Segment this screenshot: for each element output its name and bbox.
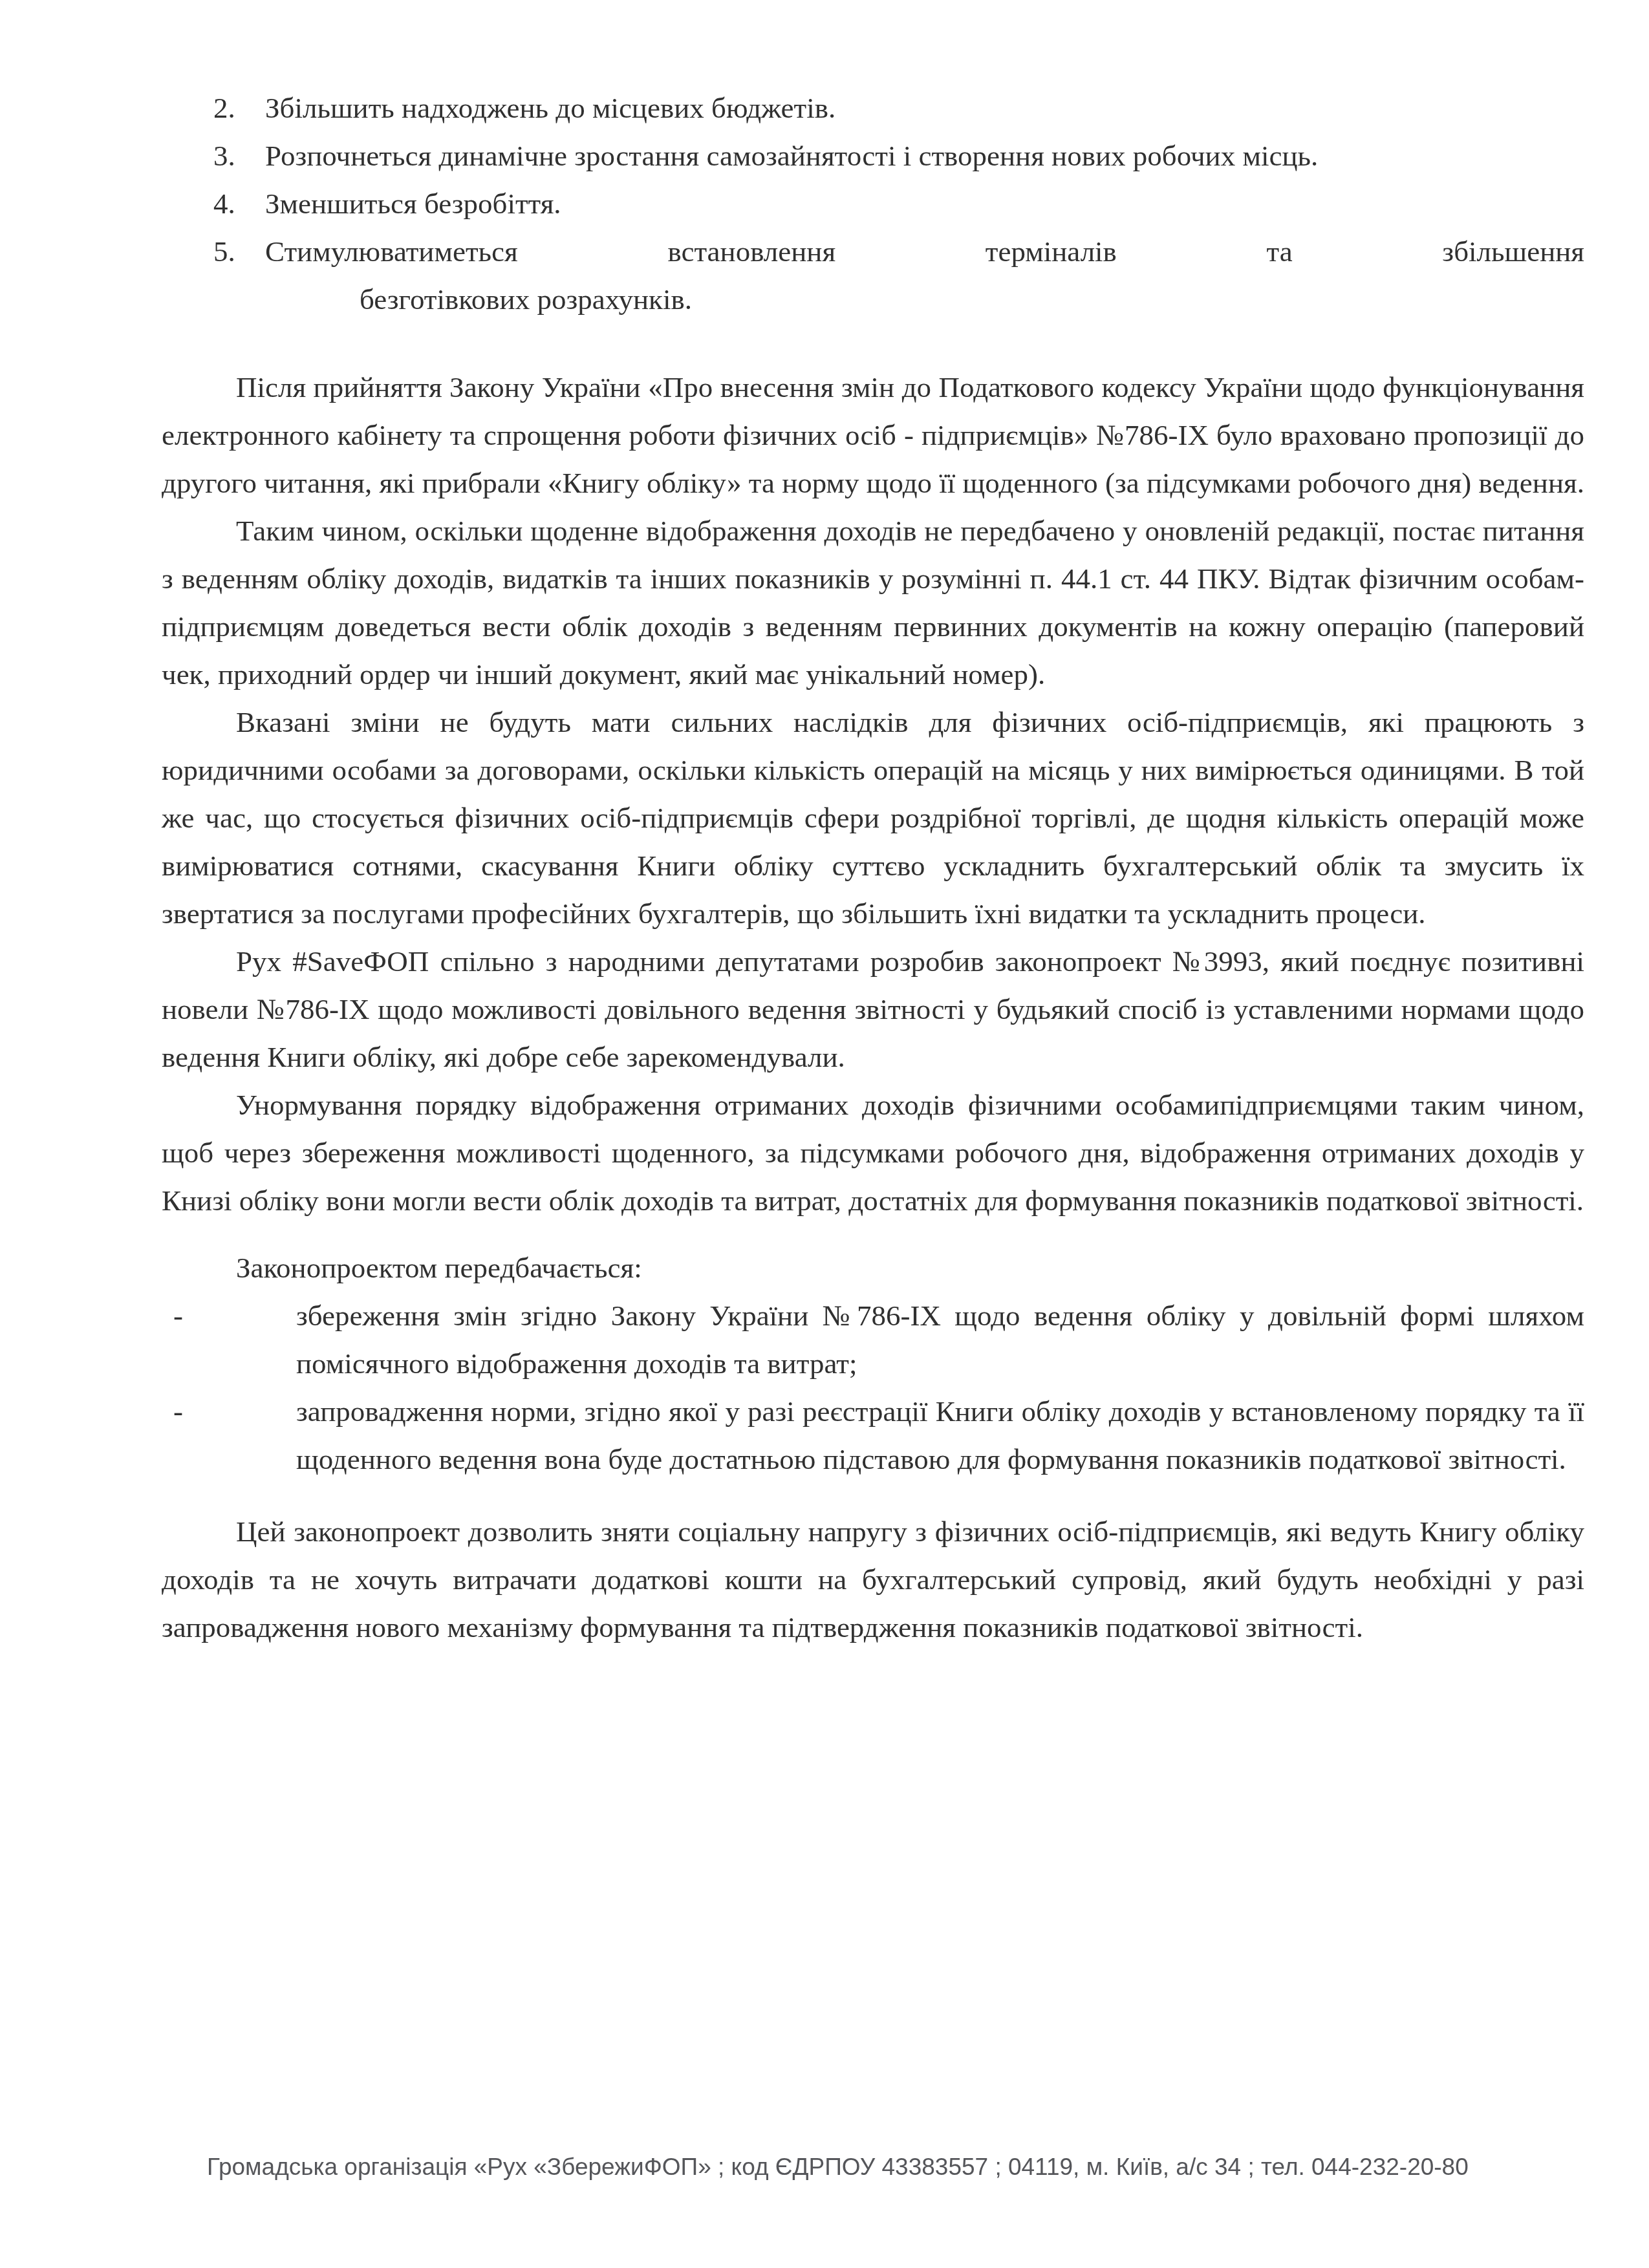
- list-item: 4. Зменшиться безробіття.: [213, 180, 1584, 228]
- dash-marker: -: [173, 1292, 183, 1340]
- list-item: 2. Збільшить надходжень до місцевих бюдж…: [213, 84, 1584, 132]
- paragraph: Вказані зміни не будуть мати сильних нас…: [162, 698, 1584, 937]
- paragraph: Рух #SaveФОП спільно з народними депутат…: [162, 937, 1584, 1081]
- list-item-text-line: Стимулюватиметься встановлення терміналі…: [265, 228, 1584, 275]
- closing-paragraph: Цей законопроект дозволить зняти соціаль…: [162, 1508, 1584, 1651]
- paragraph: Після прийняття Закону України «Про внес…: [162, 363, 1584, 507]
- document-content: 2. Збільшить надходжень до місцевих бюдж…: [162, 84, 1584, 1651]
- dash-list-item-text: запровадження норми, згідно якої у разі …: [296, 1395, 1584, 1475]
- paragraph: Таким чином, оскільки щоденне відображен…: [162, 507, 1584, 698]
- dash-list: - збереження змін згідно Закону України …: [162, 1292, 1584, 1483]
- list-item: 3. Розпочнеться динамічне зростання само…: [213, 132, 1584, 180]
- list-item: 5. Стимулюватиметься встановлення термін…: [213, 228, 1584, 323]
- list-item-number: 2.: [213, 84, 265, 132]
- dash-list-item: - збереження змін згідно Закону України …: [162, 1292, 1584, 1387]
- list-item-text: Розпочнеться динамічне зростання самозай…: [265, 132, 1584, 180]
- list-item-text-line: безготівкових розрахунків.: [265, 275, 1584, 323]
- list-item-number: 5.: [213, 228, 265, 323]
- list-item-text: Збільшить надходжень до місцевих бюджеті…: [265, 84, 1584, 132]
- paragraph: Унормування порядку відображення отриман…: [162, 1081, 1584, 1225]
- footer-contact-line: Громадська організація «Рух «ЗбережиФОП»…: [207, 2153, 1584, 2181]
- scanned-document-page: 2. Збільшить надходжень до місцевих бюдж…: [0, 0, 1649, 2268]
- dash-list-item-text: збереження змін згідно Закону України №7…: [296, 1300, 1584, 1380]
- list-item-number: 3.: [213, 132, 265, 180]
- subheading: Законопроектом передбачається:: [162, 1244, 1584, 1292]
- dash-list-item: - запровадження норми, згідно якої у раз…: [162, 1387, 1584, 1483]
- list-item-number: 4.: [213, 180, 265, 228]
- dash-marker: -: [173, 1387, 183, 1435]
- list-item-text: Стимулюватиметься встановлення терміналі…: [265, 228, 1584, 323]
- numbered-list: 2. Збільшить надходжень до місцевих бюдж…: [162, 84, 1584, 323]
- list-item-text: Зменшиться безробіття.: [265, 180, 1584, 228]
